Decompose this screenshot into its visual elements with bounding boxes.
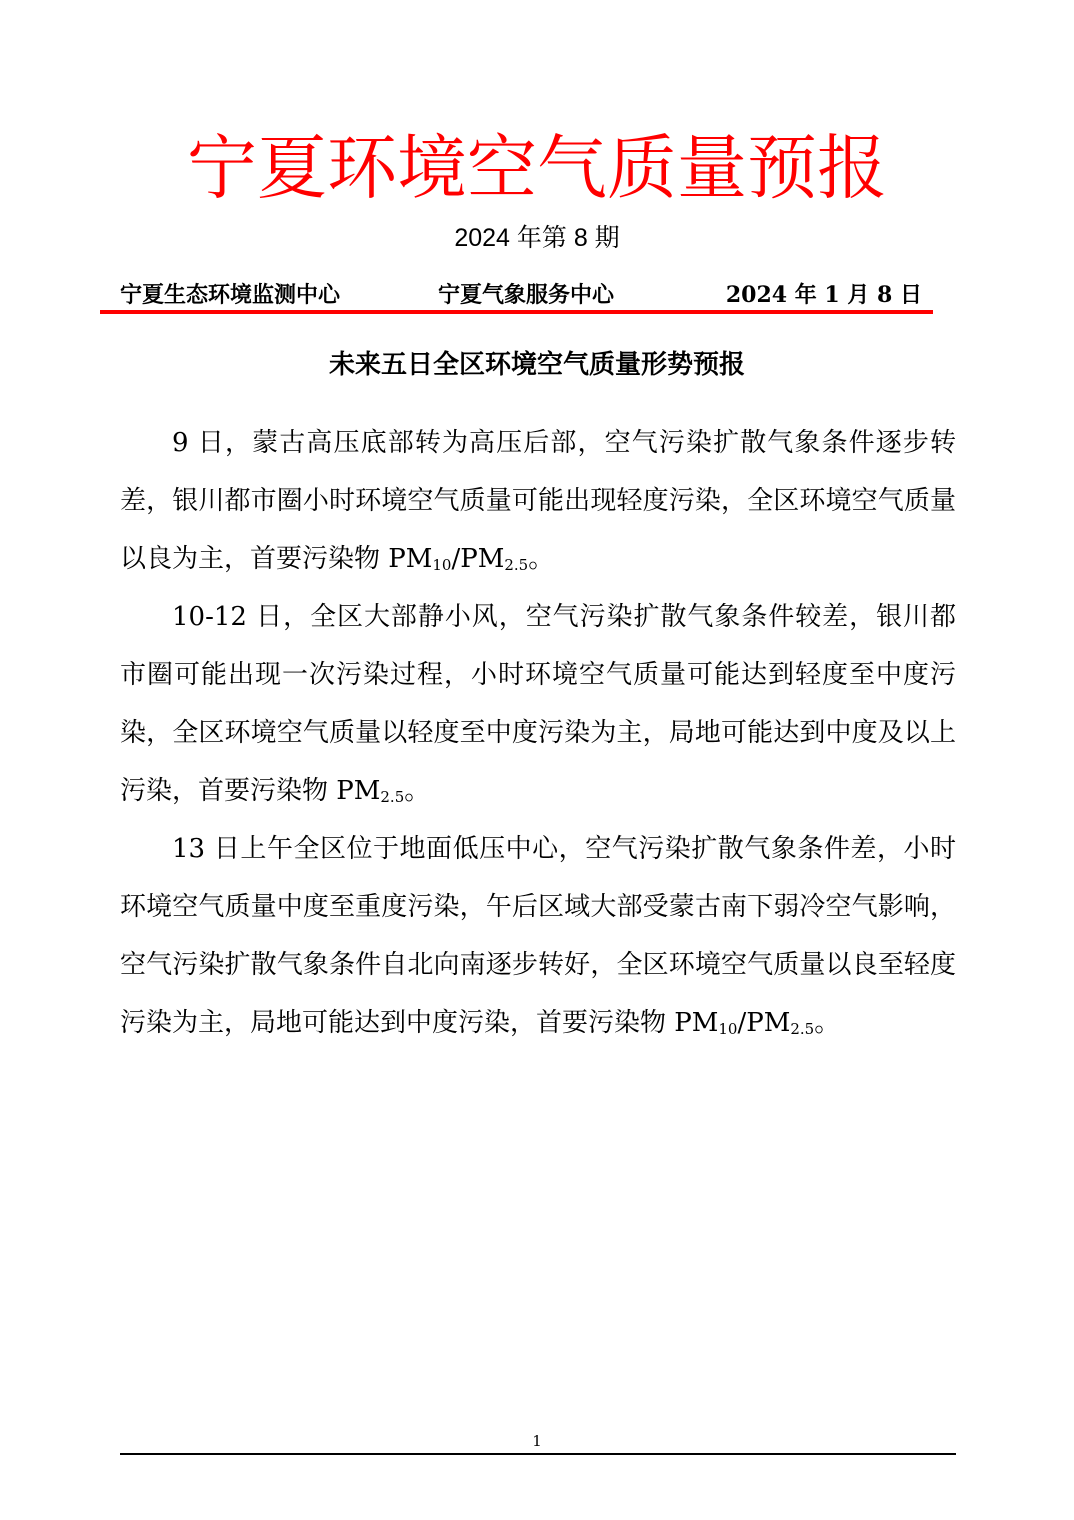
issuer-ecology-center: 宁夏生态环境监测中心 [120,279,340,311]
red-divider [100,310,933,314]
section-title: 未来五日全区环境空气质量形势预报 [0,348,1074,382]
masthead-title: 宁夏环境空气质量预报 [0,128,1074,208]
footer-divider [120,1453,956,1455]
paragraph-day-9: 9 日，蒙古高压底部转为高压后部，空气污染扩散气象条件逐步转差，银川都市圈小时环… [120,414,956,588]
paragraph-day-13: 13 日上午全区位于地面低压中心，空气污染扩散气象条件差，小时环境空气质量中度至… [120,820,956,1052]
issue-date: 2024 年 1 月 8 日 [726,279,922,311]
issuer-meteorology-center: 宁夏气象服务中心 [438,279,614,311]
page-number: 1 [0,1432,1074,1450]
forecast-body: 9 日，蒙古高压底部转为高压后部，空气污染扩散气象条件逐步转差，银川都市圈小时环… [120,414,956,1052]
paragraph-day-10-12: 10-12 日，全区大部静小风，空气污染扩散气象条件较差，银川都市圈可能出现一次… [120,588,956,820]
issuer-row: 宁夏生态环境监测中心 宁夏气象服务中心 2024 年 1 月 8 日 [120,279,930,311]
issue-number: 2024 年第 8 期 [0,222,1074,254]
